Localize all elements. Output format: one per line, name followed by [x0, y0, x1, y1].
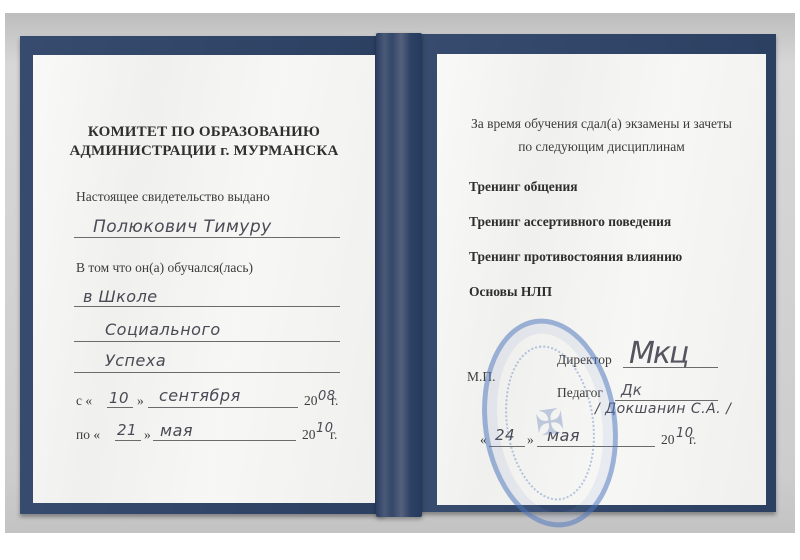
date-to-year-prefix: 20	[302, 427, 316, 443]
date-to-mid: »	[144, 427, 151, 443]
date-to-day-rule	[115, 440, 141, 441]
date-from-month-rule	[148, 407, 298, 408]
issue-date-year-prefix: 20	[661, 432, 675, 448]
date-to-prefix: по «	[76, 427, 100, 443]
school-rule-3	[74, 372, 340, 373]
school-line-2: Социального	[105, 320, 221, 339]
issue-date-year-end: г.	[689, 432, 696, 448]
subject-item: Тренинг общения	[469, 179, 578, 195]
date-to-day: 21	[117, 421, 137, 439]
subject-item: Тренинг ассертивного поведения	[469, 214, 671, 230]
teacher-signature: Дк	[621, 381, 642, 399]
date-from-month: сентября	[159, 386, 241, 405]
eagle-emblem-icon: ✠	[533, 401, 567, 445]
issuer-heading-line1: КОМИТЕТ ПО ОБРАЗОВАНИЮ	[33, 123, 375, 142]
date-from-prefix: с «	[76, 393, 92, 409]
studied-label: В том что он(а) обучался(лась)	[76, 260, 253, 276]
recipient-name: Полюкович Тимуру	[93, 217, 272, 237]
issued-label: Настоящее свидетельство выдано	[76, 189, 270, 205]
date-from-day: 10	[109, 389, 129, 407]
school-line-3: Успеха	[105, 351, 166, 370]
date-from-year-end: г.	[331, 393, 338, 409]
date-to-month: мая	[160, 421, 193, 440]
date-from-year-prefix: 20	[304, 393, 318, 409]
subject-item: Основы НЛП	[469, 284, 552, 300]
date-from-day-rule	[107, 407, 133, 408]
school-rule-2	[74, 341, 340, 342]
date-from-mid: »	[137, 393, 144, 409]
issuer-heading-line2: АДМИНИСТРАЦИИ г. МУРМАНСКА	[33, 142, 375, 161]
school-line-1: в Школе	[83, 287, 158, 306]
subject-item: Тренинг противостояния влиянию	[469, 249, 682, 265]
exams-intro-line1: За время обучения сдал(а) экзамены и зач…	[437, 116, 766, 132]
recipient-rule	[74, 237, 340, 238]
director-signature: Мкц	[629, 336, 687, 371]
school-rule-1	[74, 306, 340, 307]
exams-intro-line2: по следующим дисциплинам	[437, 139, 766, 155]
date-to-month-rule	[153, 440, 296, 441]
date-to-year-end: г.	[330, 427, 337, 443]
certificate-left-page: КОМИТЕТ ПО ОБРАЗОВАНИЮ АДМИНИСТРАЦИИ г. …	[33, 55, 375, 503]
cover-spine	[376, 33, 422, 517]
